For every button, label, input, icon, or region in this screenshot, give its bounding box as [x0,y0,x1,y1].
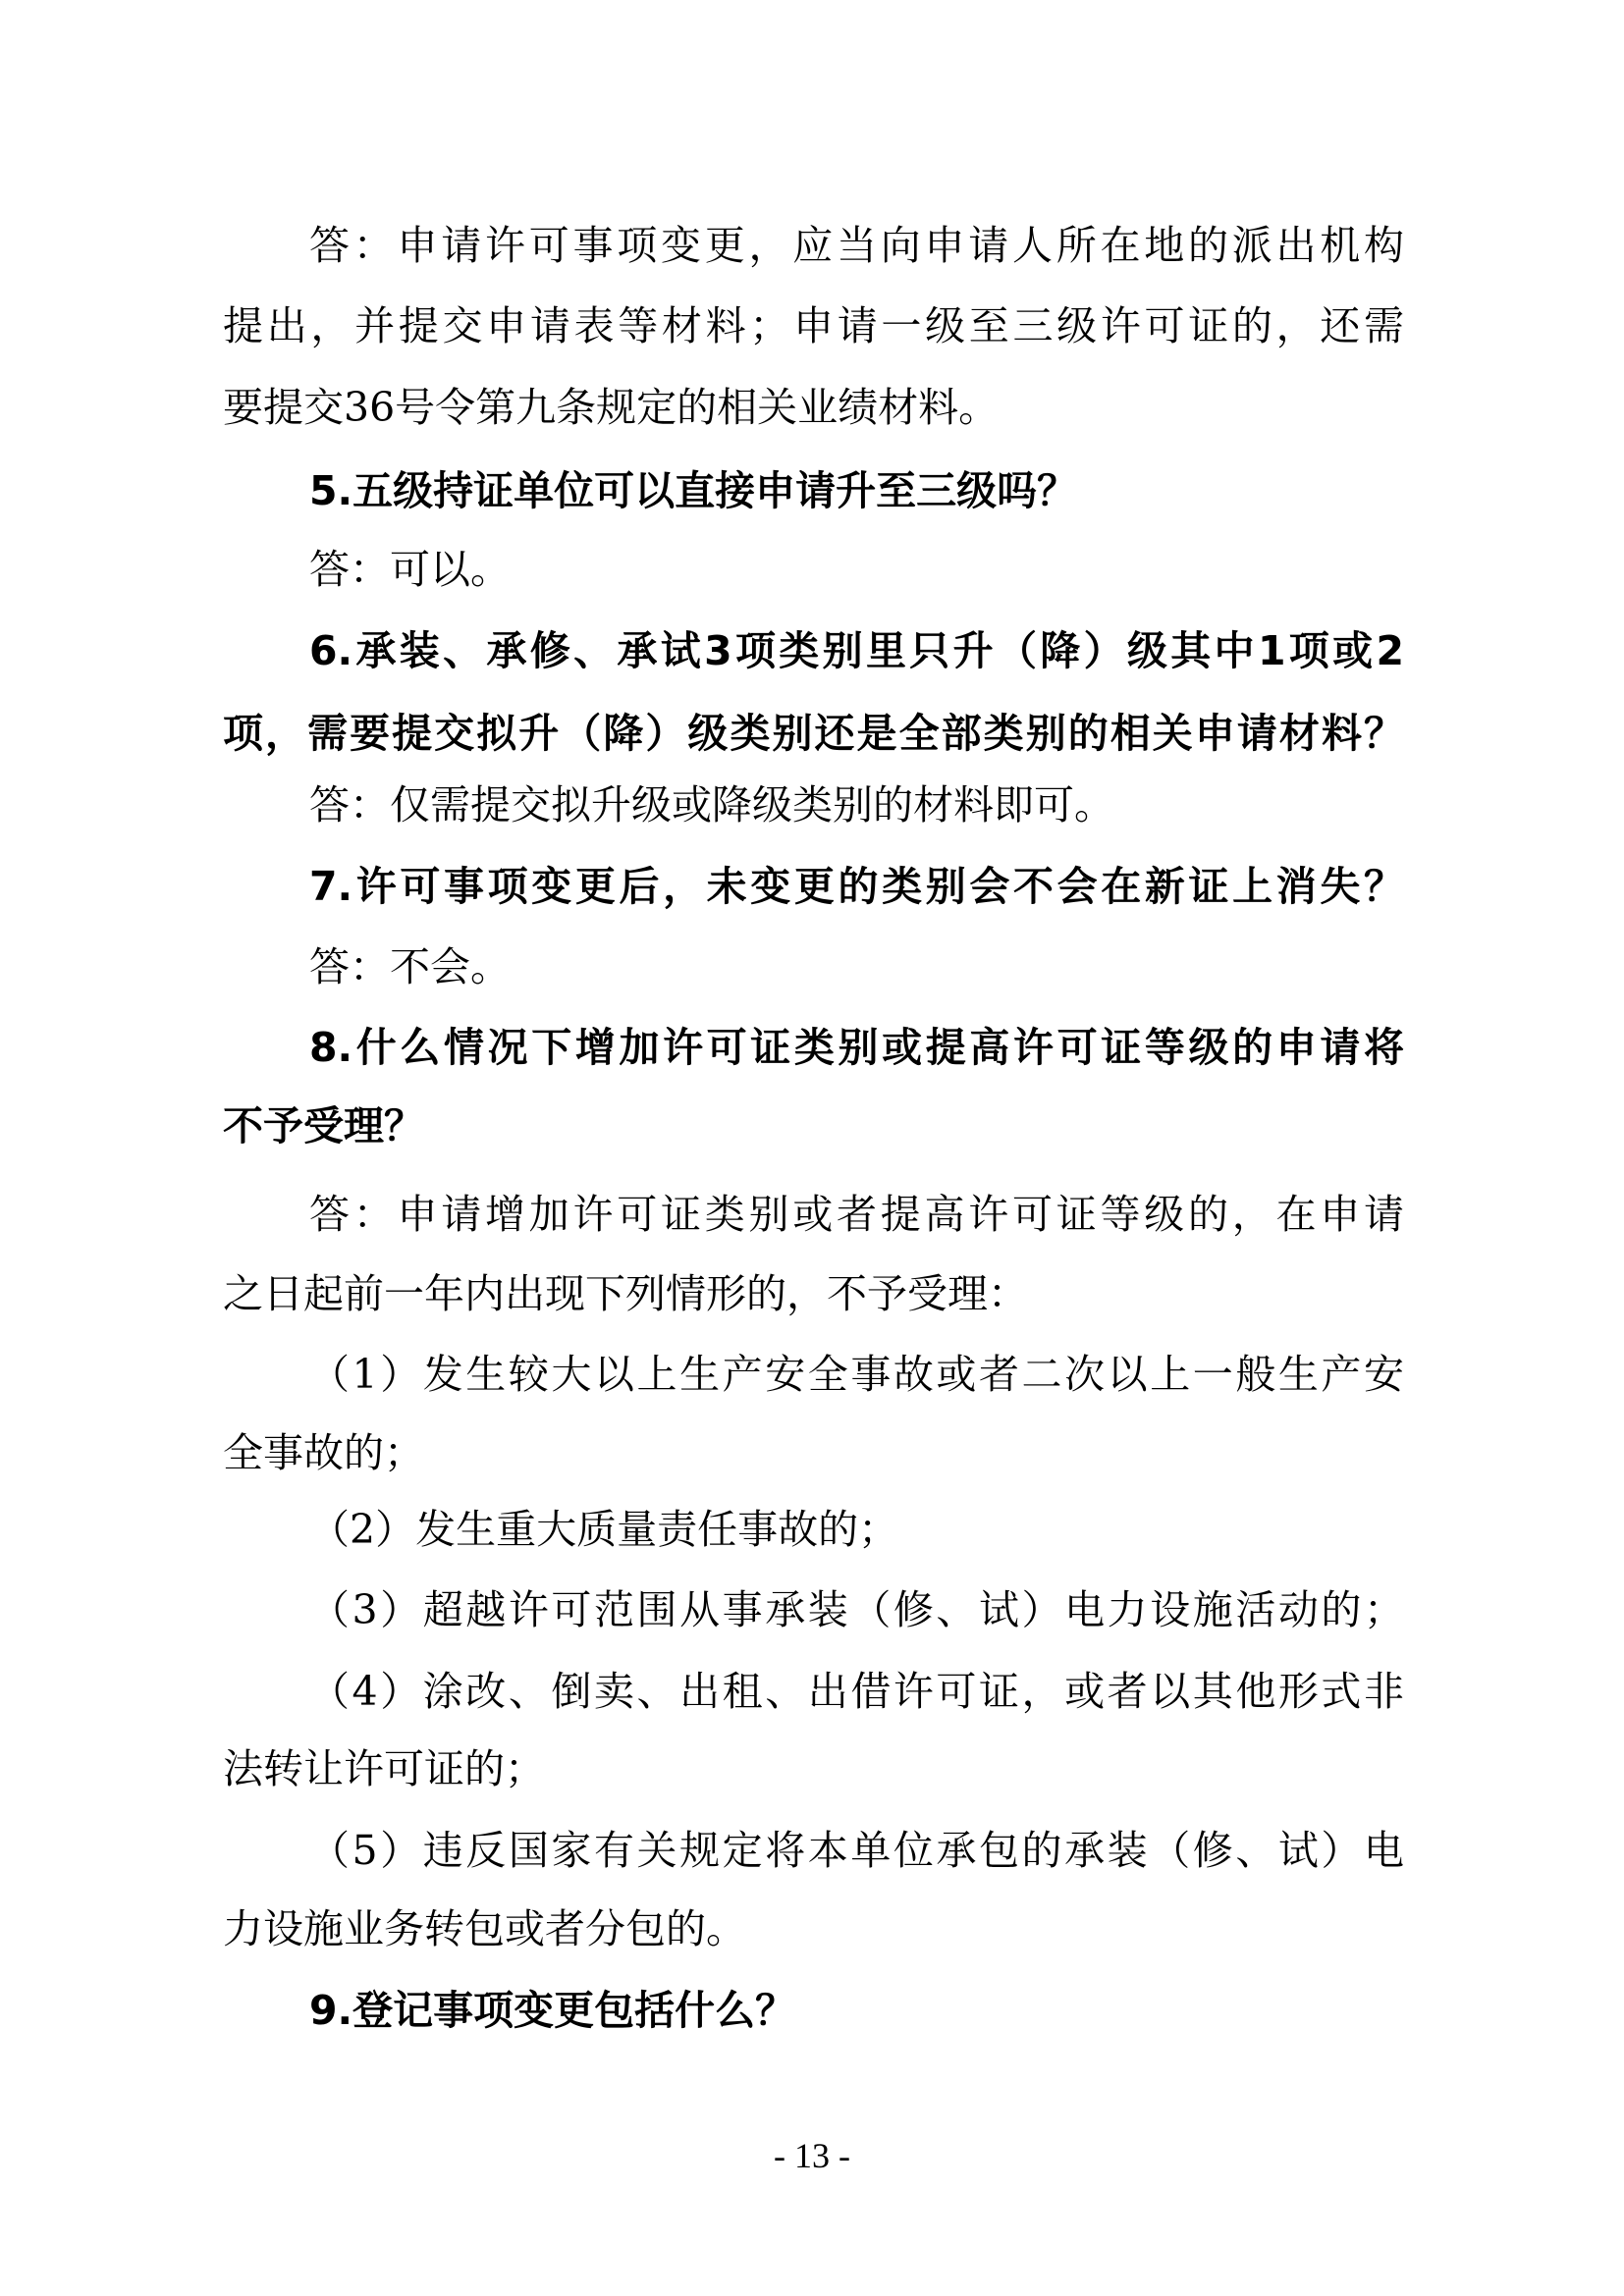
question-6-heading-line-1: 6.承装、承修、承试3项类别里只升（降）级其中1项或2 [309,621,1404,680]
answer-8-item-4-line-2: 法转让许可证的； [223,1739,1404,1798]
question-5-heading: 5.五级持证单位可以直接申请升至三级吗？ [309,461,1404,520]
page-number: - 13 - [714,2136,910,2175]
document-page: 答：申请许可事项变更，应当向申请人所在地的派出机构 提出，并提交申请表等材料；申… [0,0,1624,2296]
answer-4-line-1: 答：申请许可事项变更，应当向申请人所在地的派出机构 [309,216,1404,275]
answer-4-line-2: 提出，并提交申请表等材料；申请一级至三级许可证的，还需 [223,296,1404,355]
question-8-heading-line-1: 8.什么情况下增加许可证类别或提高许可证等级的申请将 [309,1018,1404,1077]
answer-4-line-3: 要提交36号令第九条规定的相关业绩材料。 [223,378,1404,437]
answer-5: 答：可以。 [309,540,1404,599]
answer-7: 答：不会。 [309,937,1404,996]
answer-8-line-1: 答：申请增加许可证类别或者提高许可证等级的，在申请 [309,1185,1404,1244]
answer-8-item-1-line-2: 全事故的； [223,1423,1404,1482]
question-7-heading: 7.许可事项变更后，未变更的类别会不会在新证上消失？ [309,857,1404,916]
question-9-heading: 9.登记事项变更包括什么？ [309,1981,1404,2040]
answer-8-item-4-line-1: （4）涂改、倒卖、出租、出借许可证，或者以其他形式非 [309,1662,1404,1721]
question-8-heading-line-2: 不予受理？ [223,1096,1404,1155]
answer-8-item-5-line-2: 力设施业务转包或者分包的。 [223,1899,1404,1958]
answer-8-line-2: 之日起前一年内出现下列情形的，不予受理： [223,1264,1404,1323]
answer-8-item-5-line-1: （5）违反国家有关规定将本单位承包的承装（修、试）电 [309,1821,1404,1880]
answer-8-item-3: （3）超越许可范围从事承装（修、试）电力设施活动的； [309,1580,1404,1639]
question-6-heading-line-2: 项，需要提交拟升（降）级类别还是全部类别的相关申请材料？ [223,704,1404,763]
answer-6: 答：仅需提交拟升级或降级类别的材料即可。 [309,775,1404,834]
answer-8-item-1-line-1: （1）发生较大以上生产安全事故或者二次以上一般生产安 [309,1345,1404,1404]
answer-8-item-2: （2）发生重大质量责任事故的； [309,1500,1404,1559]
